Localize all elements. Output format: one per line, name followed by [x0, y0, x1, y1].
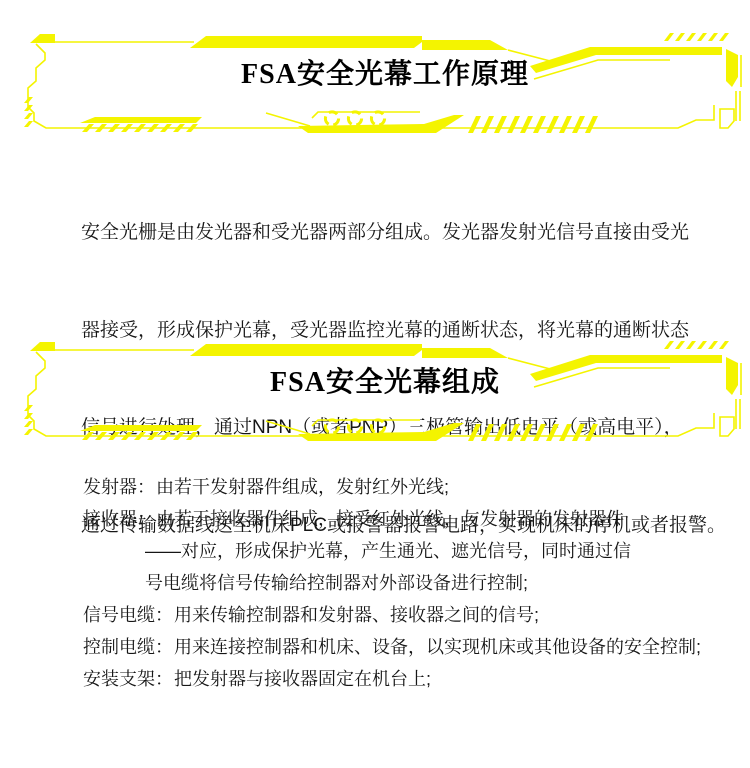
composition-row: ——对应，形成保护光幕，产生通光、遮光信号，同时通过信	[83, 535, 743, 567]
composition-list: 发射器：由若干发射器件组成，发射红外光线; 接收器：由若干接收器件组成，接受红外…	[83, 471, 743, 695]
composition-term: 安装支架：	[83, 669, 174, 689]
banner-title-composition: FSA安全光幕组成	[22, 367, 748, 399]
composition-term: 接收器：	[83, 509, 156, 529]
banner-working-principle: FSA安全光幕工作原理	[22, 33, 748, 137]
composition-desc: 号电缆将信号传输给控制器对外部设备进行控制;	[145, 573, 528, 593]
composition-row: 发射器：由若干发射器件组成，发射红外光线;	[83, 471, 743, 503]
composition-desc: 由若干发射器件组成，发射红外光线;	[156, 477, 449, 497]
composition-term: 控制电缆：	[83, 637, 174, 657]
composition-row: 号电缆将信号传输给控制器对外部设备进行控制;	[83, 567, 743, 599]
composition-row: 安装支架：把发射器与接收器固定在机台上;	[83, 663, 743, 695]
page-container: FSA安全光幕工作原理 安全光栅是由发光器和受光器两部分组成。发光器发射光信号直…	[0, 0, 750, 768]
composition-term: 信号电缆：	[83, 605, 174, 625]
composition-row: 控制电缆：用来连接控制器和机床、设备，以实现机床或其他设备的安全控制;	[83, 631, 743, 663]
composition-desc: ——对应，形成保护光幕，产生通光、遮光信号，同时通过信	[145, 541, 631, 561]
composition-row: 信号电缆：用来传输控制器和发射器、接收器之间的信号;	[83, 599, 743, 631]
intro-line: 安全光栅是由发光器和受光器两部分组成。发光器发射光信号直接由受光	[81, 217, 741, 250]
composition-desc: 把发射器与接收器固定在机台上;	[174, 669, 431, 689]
composition-desc: 用来传输控制器和发射器、接收器之间的信号;	[174, 605, 539, 625]
banner-title-working-principle: FSA安全光幕工作原理	[22, 59, 748, 91]
banner-composition: FSA安全光幕组成	[22, 341, 748, 445]
composition-desc: 由若干接收器件组成，接受红外光线，与发射器的发射器件	[156, 509, 624, 529]
composition-term: 发射器：	[83, 477, 156, 497]
composition-row: 接收器：由若干接收器件组成，接受红外光线，与发射器的发射器件	[83, 503, 743, 535]
composition-desc: 用来连接控制器和机床、设备，以实现机床或其他设备的安全控制;	[174, 637, 701, 657]
